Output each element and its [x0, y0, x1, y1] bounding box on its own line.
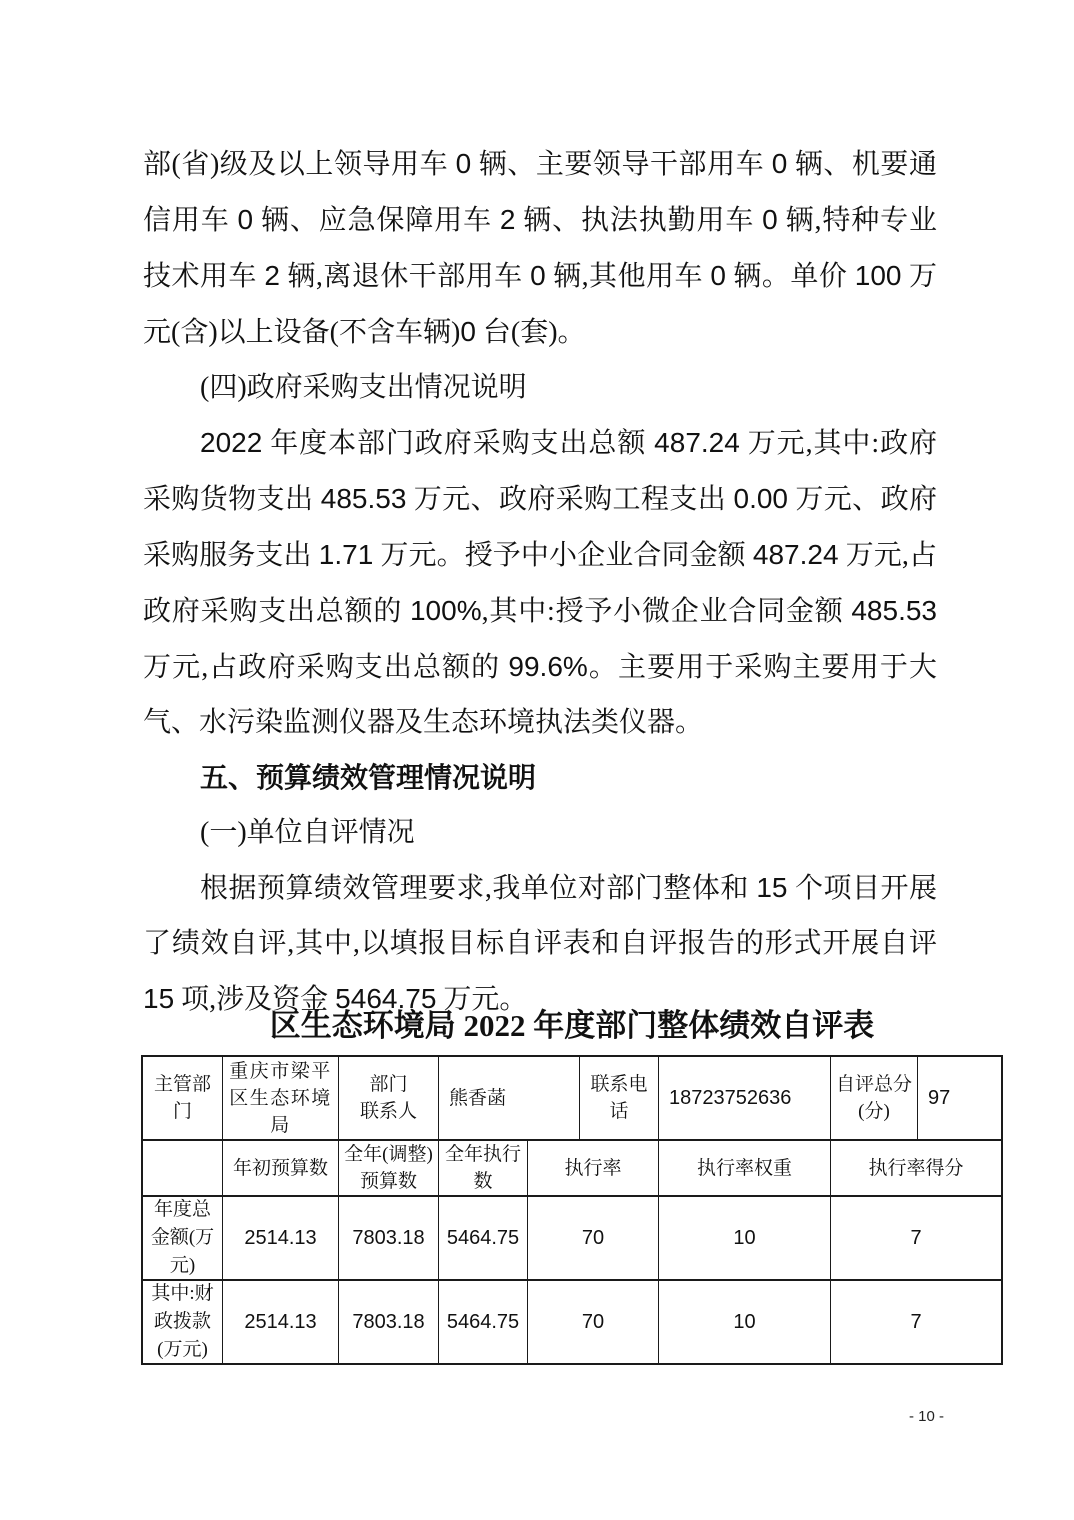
- table-row-annual-total: 年度总 金额(万 元) 2514.13 7803.18 5464.75 70 1…: [143, 1197, 1001, 1281]
- paragraph-vehicles: 部(省)级及以上领导用车 0 辆、主要领导干部用车 0 辆、机要通信用车 0 辆…: [143, 136, 937, 360]
- cell-phone-label: 联系电 话: [580, 1057, 659, 1139]
- cell-header-rate-score: 执行率得分: [831, 1141, 1001, 1195]
- cell-score-value: 97: [918, 1057, 1001, 1139]
- table-info-row: 主管部 门 重庆市梁平 区生态环境 局 部门 联系人 熊香菡 联系电 话 187…: [143, 1057, 1001, 1141]
- cell-phone-value: 18723752636: [659, 1057, 831, 1139]
- heading-section-4: (四)政府采购支出情况说明: [143, 360, 937, 415]
- cell-row2-score: 7: [831, 1281, 1001, 1363]
- cell-row1-adjusted: 7803.18: [339, 1197, 439, 1279]
- cell-row1-executed: 5464.75: [439, 1197, 528, 1279]
- document-page: 部(省)级及以上领导用车 0 辆、主要领导干部用车 0 辆、机要通信用车 0 辆…: [0, 0, 1074, 1520]
- body-text: 部(省)级及以上领导用车 0 辆、主要领导干部用车 0 辆、机要通信用车 0 辆…: [143, 136, 937, 1027]
- cell-header-rate-weight: 执行率权重: [659, 1141, 831, 1195]
- cell-row2-executed: 5464.75: [439, 1281, 528, 1363]
- heading-section-5-1: (一)单位自评情况: [143, 805, 937, 860]
- cell-row1-label: 年度总 金额(万 元): [143, 1197, 223, 1279]
- cell-row2-rate: 70: [528, 1281, 659, 1363]
- table-row-fiscal-allocation: 其中:财 政拨款 (万元) 2514.13 7803.18 5464.75 70…: [143, 1281, 1001, 1363]
- cell-row1-rate: 70: [528, 1197, 659, 1279]
- cell-row2-adjusted: 7803.18: [339, 1281, 439, 1363]
- cell-header-adjusted-budget: 全年(调整) 预算数: [339, 1141, 439, 1195]
- cell-header-initial-budget: 年初预算数: [223, 1141, 339, 1195]
- paragraph-procurement: 2022 年度本部门政府采购支出总额 487.24 万元,其中:政府采购货物支出…: [143, 415, 937, 750]
- cell-header-executed: 全年执行 数: [439, 1141, 528, 1195]
- cell-supervisor-value: 重庆市梁平 区生态环境 局: [223, 1057, 339, 1139]
- table-title: 区生态环境局 2022 年度部门整体绩效自评表: [141, 1004, 1003, 1048]
- cell-score-label: 自评总分 (分): [831, 1057, 918, 1139]
- paragraph-self-eval: 根据预算绩效管理要求,我单位对部门整体和 15 个项目开展了绩效自评,其中,以填…: [143, 860, 937, 1027]
- cell-supervisor-label: 主管部 门: [143, 1057, 223, 1139]
- cell-header-execution-rate: 执行率: [528, 1141, 659, 1195]
- cell-row1-score: 7: [831, 1197, 1001, 1279]
- cell-row2-initial: 2514.13: [223, 1281, 339, 1363]
- table-header-row: 年初预算数 全年(调整) 预算数 全年执行 数 执行率 执行率权重 执行率得分: [143, 1141, 1001, 1197]
- heading-section-5: 五、预算绩效管理情况说明: [143, 750, 937, 805]
- performance-self-eval-table: 主管部 门 重庆市梁平 区生态环境 局 部门 联系人 熊香菡 联系电 话 187…: [141, 1055, 1003, 1365]
- cell-header-empty: [143, 1141, 223, 1195]
- cell-row2-label: 其中:财 政拨款 (万元): [143, 1281, 223, 1363]
- cell-row1-weight: 10: [659, 1197, 831, 1279]
- cell-contact-label: 部门 联系人: [339, 1057, 439, 1139]
- cell-row1-initial: 2514.13: [223, 1197, 339, 1279]
- page-number: - 10 -: [909, 1408, 944, 1425]
- cell-row2-weight: 10: [659, 1281, 831, 1363]
- cell-contact-value: 熊香菡: [439, 1057, 580, 1139]
